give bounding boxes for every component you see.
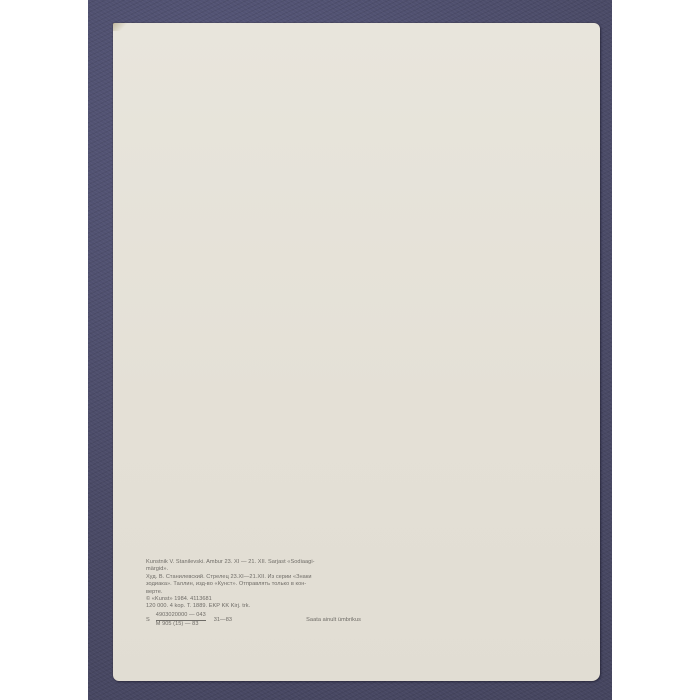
copyright-row: © «Kunst» 1984. 4113681 — [146, 596, 361, 603]
code-date: 31—83 — [214, 617, 232, 624]
code-prefix: S — [146, 617, 150, 624]
estonian-caption-line-1: Kunstnik V. Stanilevski. Ambur 23. XI — … — [146, 559, 361, 566]
print-info: 120 000. 4 kop. T. 1889. EKP KK Kirj. tr… — [146, 603, 361, 610]
copyright-text: © «Kunst» 1984. — [146, 596, 189, 602]
russian-caption-line-1: Худ. В. Станилевский. Стрелец 23.XI—21.X… — [146, 574, 361, 581]
publisher-imprint: Kunstnik V. Stanilevski. Ambur 23. XI — … — [146, 559, 361, 629]
russian-caption-line-2: зодиака». Таллин, изд-во «Кунст». Отправ… — [146, 581, 361, 588]
code-denominator: M 905 (15) — 83 — [156, 621, 206, 629]
index-code-row: S 4903020000 — 043 M 905 (15) — 83 31—83… — [146, 612, 361, 629]
code-fraction: 4903020000 — 043 M 905 (15) — 83 — [156, 612, 206, 629]
envelope-note: Saata ainult ümbrikus — [306, 617, 361, 624]
postcard-back: Kunstnik V. Stanilevski. Ambur 23. XI — … — [113, 23, 600, 681]
code-numerator: 4903020000 — 043 — [156, 612, 206, 621]
catalog-number: 4113681 — [190, 596, 212, 602]
russian-caption-line-3: верте. — [146, 589, 361, 596]
photo-stage: Kunstnik V. Stanilevski. Ambur 23. XI — … — [0, 0, 700, 700]
estonian-caption-line-2: märgid». — [146, 566, 361, 573]
